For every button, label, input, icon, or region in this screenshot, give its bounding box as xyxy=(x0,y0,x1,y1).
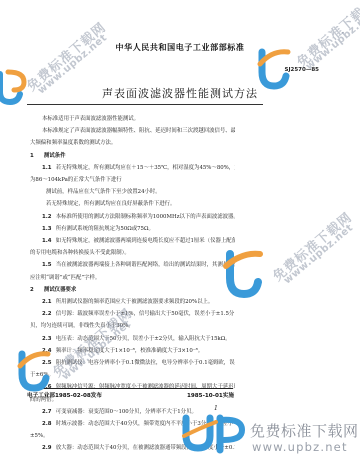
clause-1-4: 1.4 如无特殊规定，被测滤波器两端到连接电缆长度应不超过1厘米（仪器上配备 xyxy=(30,235,235,247)
clause-2-7: 2.7 可变衰减器：衰变范围0～100分贝，分辨率不大于1分贝。 xyxy=(30,406,235,418)
clause-text: 时域示波器：动态范围大于40分贝，频带宽度内不平度小于3分贝，误差小于 xyxy=(56,421,235,427)
clause-text: 信号源：载波频率误差小于±1%，信号输出大于50毫伏，误差小于±1.5分 xyxy=(56,311,235,317)
clause-number: 2.7 xyxy=(42,406,54,418)
clause-text: 本标准所使用的测试方法限制标称频率为1000MHz以下的声表面波滤波器。 xyxy=(56,214,235,220)
clause-2-3: 2.3 电压表：动态范围大于50分贝，误差小于±2分贝，输入阻抗大于15kΩ。 xyxy=(30,333,235,345)
clause-text: ±5%。 xyxy=(30,430,235,442)
issue-date: 电子工业部1985-02-08发布 xyxy=(27,391,102,399)
section-number: 2 xyxy=(30,284,42,296)
clause-text: 频率计：频率稳定度大于1×10⁻⁸，校准准确度大于3×10⁻⁸。 xyxy=(56,348,203,354)
clause-2-8: 2.8 时域示波器：动态范围大于40分贝，频带宽度内不平度小于3分贝，误差小于 xyxy=(30,418,235,430)
brand-cn-text: 免费标准下载网 xyxy=(250,420,359,441)
clause-text: 如无特殊规定，被测滤波器两端到连接电缆长度应不超过1厘米（仪器上配备 xyxy=(56,238,235,244)
clause-text: 应注明“调谐”或“匹配”字样。 xyxy=(30,272,235,284)
clause-number: 2.8 xyxy=(42,418,54,430)
watermark-url: www.upbz.net xyxy=(282,222,355,286)
intro-line: 本标准适用于声表面波滤波器性能测试。 xyxy=(30,113,235,125)
watermark-cn-text: 免费标准下载网 xyxy=(22,17,109,95)
brand-url: www.upbz.net xyxy=(252,440,348,454)
clause-2-1: 2.1 所用测试仪器的频率范围应大于被测滤波器要求频段的20%以上。 xyxy=(30,296,235,308)
clause-2-4: 2.4 频率计：频率稳定度大于1×10⁻⁸，校准准确度大于3×10⁻⁸。 xyxy=(30,345,235,357)
intro-line: 本标准规定了声表面波滤波器幅频特性、阻抗、延迟时间和三次渡越回波信号、最 xyxy=(30,125,235,137)
watermark-cn-text: 免费标准下载网 xyxy=(292,0,360,71)
clause-number: 2.3 xyxy=(42,333,54,345)
clause-text: 所有测试系统的阻抗规定为50Ω或75Ω。 xyxy=(56,226,154,232)
clause-number: 1.1 xyxy=(42,162,54,174)
issuing-agency: 中华人民共和国电子工业部部标准 xyxy=(0,42,360,53)
clause-text: 电压表：动态范围大于50分贝，误差小于±2分贝，输入阻抗大于15kΩ。 xyxy=(56,336,231,342)
section-title: 测试条件 xyxy=(44,153,66,159)
clause-1-3: 1.3 所有测试系统的阻抗规定为50Ω或75Ω。 xyxy=(30,223,235,235)
standard-code: SJ2570—85 xyxy=(285,67,319,73)
document-page: 中华人民共和国电子工业部部标准 SJ2570—85 声表面波滤波器性能测试方法 … xyxy=(0,0,360,457)
clause-1-2: 1.2 本标准所使用的测试方法限制标称频率为1000MHz以下的声表面波滤波器。 xyxy=(30,211,235,223)
clause-number: 2.4 xyxy=(42,345,54,357)
watermark-url: www.upbz.net xyxy=(304,8,360,72)
header-divider xyxy=(27,104,263,105)
clause-text: 为86～104kPa的正常大气条件下进行 xyxy=(30,174,235,186)
clause-number: 2.5 xyxy=(42,357,54,369)
clause-text: 于±6%。 xyxy=(30,369,235,381)
clause-text: 所用测试仪器的频率范围应大于被测滤波器要求频段的20%以上。 xyxy=(56,299,214,305)
clause-number: 2.2 xyxy=(42,308,54,320)
clause-1-5: 1.5 当在被测滤波器两端接上各种调谐匹配网络，给出的测试结果时，其测量结果 xyxy=(30,259,235,271)
footer-divider xyxy=(27,388,233,389)
intro-line: 大频偏和频率温度系数的测试方法。 xyxy=(30,137,235,149)
document-body: 本标准适用于声表面波滤波器性能测试。 本标准规定了声表面波滤波器幅频特性、阻抗、… xyxy=(30,113,235,455)
clause-text: 阻抗测试仪：电容分辨率小于0.1微微法拉，电导分辨率小于0.1毫姆欧，误差小 xyxy=(56,360,235,366)
page-number: 1 xyxy=(214,405,218,412)
clause-number: 1.2 xyxy=(42,211,54,223)
clause-2-2: 2.2 信号源：载波频率误差小于±1%，信号输出大于50毫伏，误差小于±1.5分 xyxy=(30,308,235,320)
clause-text: 贝，均匀连续可调，非线性失真小于30%。 xyxy=(30,320,235,332)
section-heading-1: 1 测试条件 xyxy=(30,150,235,162)
clause-2-5: 2.5 阻抗测试仪：电容分辨率小于0.1微微法拉，电导分辨率小于0.1毫姆欧，误… xyxy=(30,357,235,369)
document-title: 声表面波滤波器性能测试方法 xyxy=(0,85,360,101)
clause-2-9: 2.9 放大器：动态范围大于40分贝，在被测滤波器通带频段内，不平度小于±0.1… xyxy=(30,442,235,454)
clause-number: 2.9 xyxy=(42,442,54,454)
section-title: 测试仪器要求 xyxy=(44,287,76,293)
watermark-cn-text: 免费标准下载网 xyxy=(268,207,355,285)
clause-text: 可变衰减器：衰变范围0～100分贝，分辨率不大于1分贝。 xyxy=(56,409,197,415)
section-heading-2: 2 测试仪器要求 xyxy=(30,284,235,296)
clause-number: 2.1 xyxy=(42,296,54,308)
clause-1-1: 1.1 若无特殊规定，所有测试均应在＋15～＋35℃，相对湿度为45%～80%，… xyxy=(30,162,235,174)
clause-number: 1.4 xyxy=(42,235,54,247)
clause-number: 1.3 xyxy=(42,223,54,235)
clause-text: 放大器：动态范围大于40分贝，在被测滤波器通带频段内，不平度小于±0.1分 xyxy=(56,445,235,451)
section-number: 1 xyxy=(30,150,42,162)
effective-date: 1985-10-01实施 xyxy=(187,391,234,399)
clause-text: 测试前，样品应在大气条件下至少放置24小时。 xyxy=(30,186,235,198)
clause-text: 的专用电缆和各种转换接头不受此限制）。 xyxy=(30,247,235,259)
clause-number: 1.5 xyxy=(42,259,54,271)
clause-text: 若无特殊规定，所有测试均应在良好屏蔽条件下进行。 xyxy=(30,198,235,210)
clause-text: 当在被测滤波器两端接上各种调谐匹配网络，给出的测试结果时，其测量结果 xyxy=(56,262,235,268)
clause-text: 若无特殊规定，所有测试均应在＋15～＋35℃，相对湿度为45%～80%，大气压力 xyxy=(56,165,235,171)
